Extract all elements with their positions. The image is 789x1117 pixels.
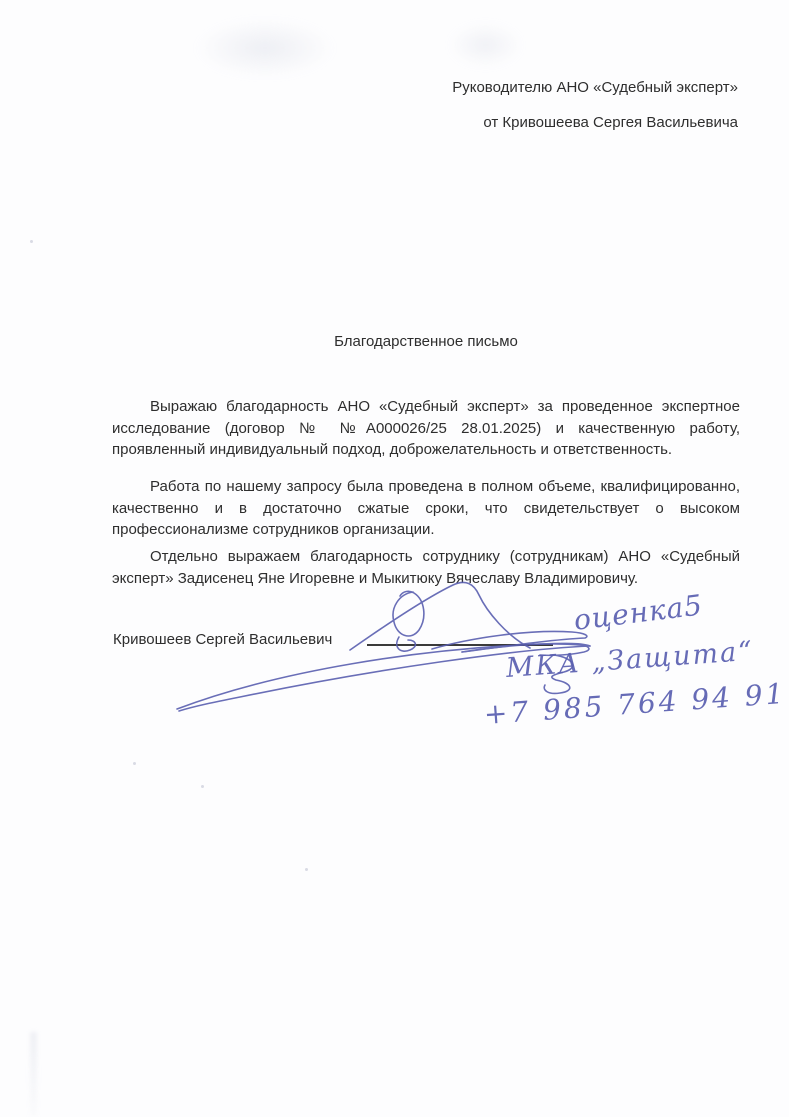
scan-speck	[30, 240, 33, 243]
signer-name: Кривошеев Сергей Васильевич	[113, 631, 332, 648]
recipient-line: Руководителю АНО «Судебный эксперт»	[452, 70, 738, 105]
sender-line: от Кривошеева Сергея Васильевича	[452, 105, 738, 140]
scan-speck	[305, 868, 308, 871]
scan-speck	[201, 785, 204, 788]
scan-smudge	[448, 22, 523, 68]
scanned-letter-page: Руководителю АНО «Судебный эксперт» от К…	[0, 0, 789, 1117]
letter-paragraph: Работа по нашему запросу была проведена …	[112, 476, 740, 541]
signature-line	[367, 644, 553, 646]
letter-title: Благодарственное письмо	[112, 333, 740, 350]
scan-speck	[133, 762, 136, 765]
letter-header: Руководителю АНО «Судебный эксперт» от К…	[452, 70, 738, 140]
letter-paragraph: Выражаю благодарность АНО «Судебный эксп…	[112, 396, 740, 461]
scan-streak	[30, 1032, 37, 1117]
letter-paragraph: Отдельно выражаем благодарность сотрудни…	[112, 546, 740, 589]
handwritten-org: МКА „Защита“	[505, 636, 755, 684]
handwritten-rating: оценка5	[572, 588, 705, 637]
handwritten-phone: +7 985 764 94 91	[483, 677, 788, 731]
scan-smudge	[195, 18, 335, 78]
